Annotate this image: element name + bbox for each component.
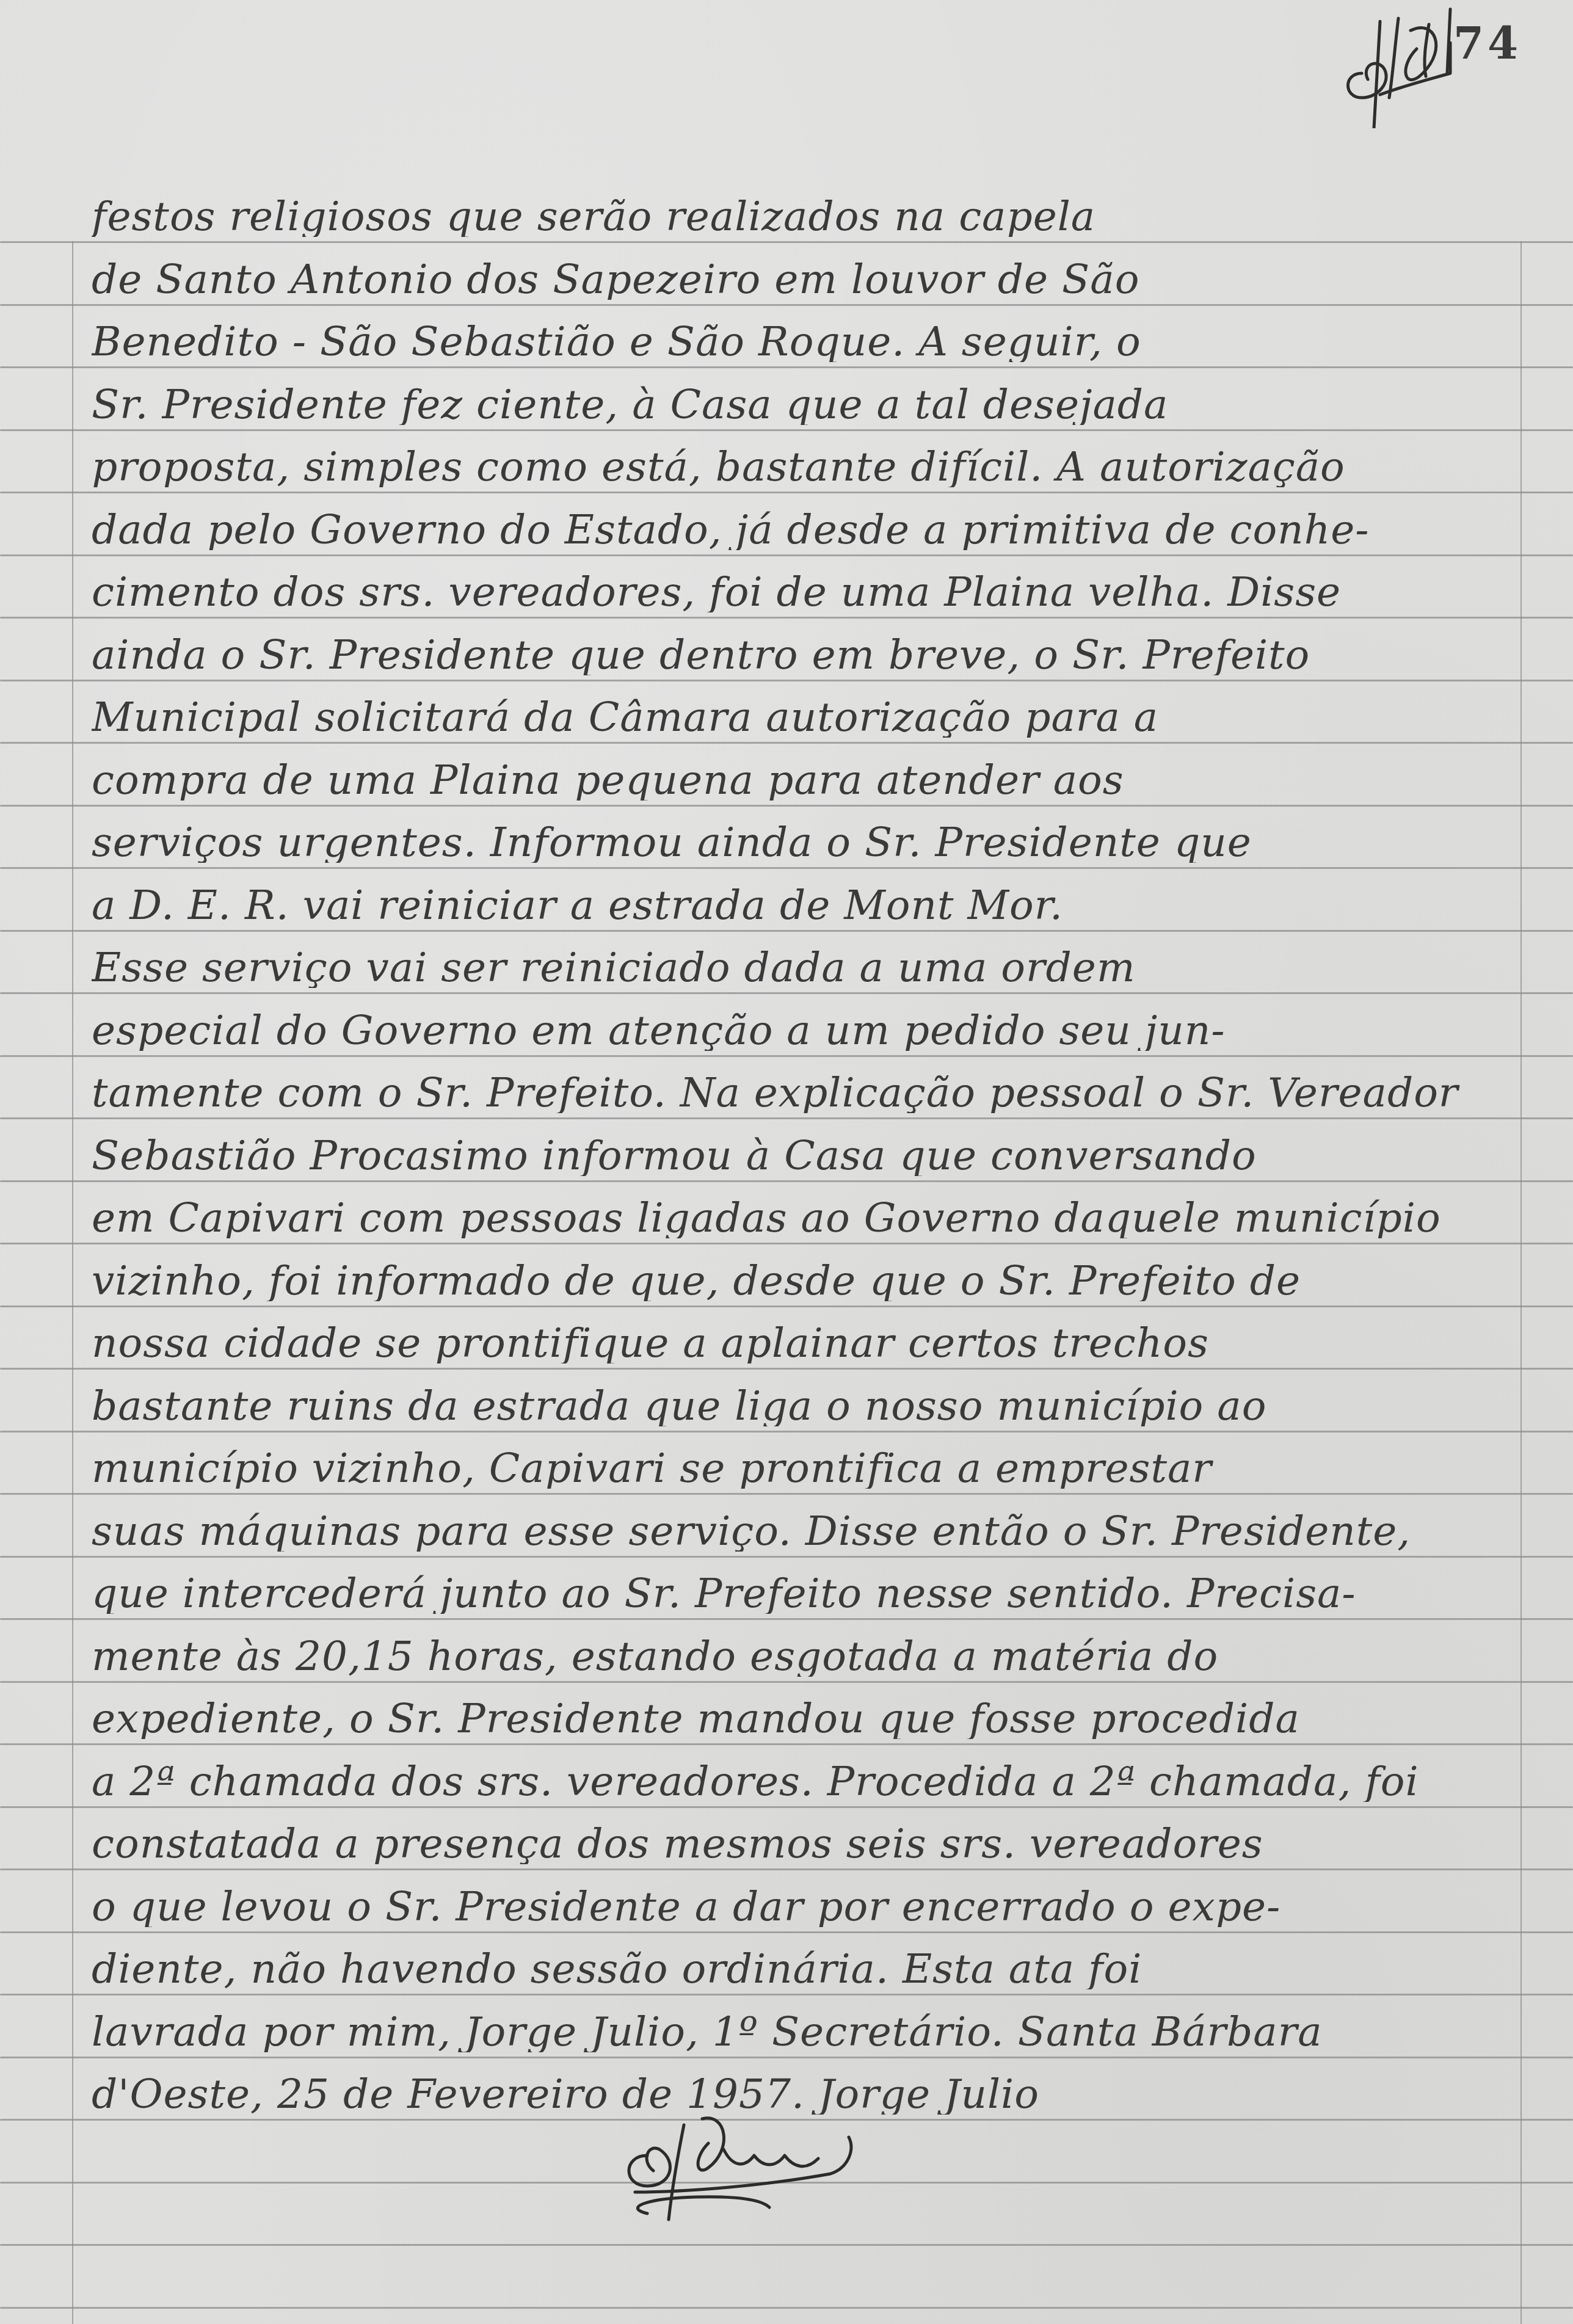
handwritten-line: o que levou o Sr. Presidente a dar por e… — [92, 1887, 1514, 1927]
handwritten-line: serviços urgentes. Informou ainda o Sr. … — [92, 822, 1514, 863]
ruled-line — [0, 805, 1573, 807]
ruled-line — [0, 1180, 1573, 1182]
handwritten-line: Municipal solicitará da Câmara autorizaç… — [92, 697, 1514, 738]
ruled-line — [0, 2057, 1573, 2058]
right-margin-line — [1520, 241, 1522, 2324]
ruled-line — [0, 617, 1573, 619]
ruled-line — [0, 1117, 1573, 1119]
ruled-line — [0, 680, 1573, 681]
handwritten-line: a 2ª chamada dos srs. vereadores. Proced… — [92, 1762, 1514, 1802]
handwritten-line: especial do Governo em atenção a um pedi… — [92, 1011, 1514, 1051]
handwritten-line: proposta, simples como está, bastante di… — [92, 447, 1514, 487]
ruled-line — [0, 1681, 1573, 1683]
ruled-line — [0, 1806, 1573, 1808]
ruled-line — [0, 366, 1573, 368]
ruled-line — [0, 1994, 1573, 1995]
ruled-line — [0, 241, 1573, 243]
ruled-line — [0, 930, 1573, 932]
ruled-line — [0, 554, 1573, 556]
handwritten-line: dada pelo Governo do Estado, já desde a … — [92, 510, 1514, 550]
handwritten-line: lavrada por mim, Jorge Julio, 1º Secretá… — [92, 2012, 1514, 2052]
ruled-line — [0, 1055, 1573, 1057]
handwritten-line: município vizinho, Capivari se prontific… — [92, 1448, 1514, 1489]
ruled-line — [0, 992, 1573, 994]
ruled-line — [0, 1868, 1573, 1870]
ruled-line — [0, 1243, 1573, 1244]
handwritten-line: Esse serviço vai ser reiniciado dada a u… — [92, 948, 1514, 988]
handwritten-line: em Capivari com pessoas ligadas ao Gover… — [92, 1198, 1514, 1238]
ruled-line — [0, 1493, 1573, 1495]
handwritten-line: que intercederá junto ao Sr. Prefeito ne… — [92, 1574, 1514, 1614]
ruled-line — [0, 492, 1573, 493]
ruled-line — [0, 1305, 1573, 1307]
handwritten-line: mente às 20,15 horas, estando esgotada a… — [92, 1636, 1514, 1677]
handwritten-line: nossa cidade se prontifique a aplainar c… — [92, 1323, 1514, 1364]
handwritten-line: vizinho, foi informado de que, desde que… — [92, 1261, 1514, 1301]
ruled-line — [0, 429, 1573, 431]
handwritten-line: constatada a presença dos mesmos seis sr… — [92, 1824, 1514, 1864]
ruled-line — [0, 304, 1573, 306]
document-page: 74 festos religiosos que serão realizado… — [0, 0, 1573, 2324]
ruled-line — [0, 867, 1573, 869]
handwritten-line: Benedito - São Sebastião e São Roque. A … — [92, 322, 1514, 362]
ruled-line — [0, 1618, 1573, 1620]
handwritten-line: cimento dos srs. vereadores, foi de uma … — [92, 572, 1514, 612]
handwritten-line: suas máquinas para esse serviço. Disse e… — [92, 1511, 1514, 1552]
handwritten-line: de Santo Antonio dos Sapezeiro em louvor… — [92, 260, 1514, 300]
handwritten-line: Sr. Presidente fez ciente, à Casa que a … — [92, 385, 1514, 425]
handwritten-line: Sebastião Procasimo informou à Casa que … — [92, 1136, 1514, 1176]
handwritten-line: compra de uma Plaina pequena para atende… — [92, 760, 1514, 801]
handwritten-line: expediente, o Sr. Presidente mandou que … — [92, 1699, 1514, 1739]
ruled-line — [0, 742, 1573, 744]
handwritten-line: a D. E. R. vai reiniciar a estrada de Mo… — [92, 885, 1514, 926]
stamp-signature-icon — [1337, 6, 1453, 128]
ruled-line — [0, 2244, 1573, 2246]
ruled-line — [0, 1743, 1573, 1745]
ruled-line — [0, 1931, 1573, 1933]
signature-icon — [611, 2101, 867, 2223]
page-number: 74 — [1453, 17, 1522, 69]
handwritten-line: diente, não havendo sessão ordinária. Es… — [92, 1949, 1514, 1989]
ruled-line — [0, 2307, 1573, 2309]
handwritten-line: ainda o Sr. Presidente que dentro em bre… — [92, 635, 1514, 675]
left-margin-line — [72, 241, 73, 2324]
handwritten-line: festos religiosos que serão realizados n… — [92, 197, 1514, 237]
ruled-line — [0, 1556, 1573, 1558]
ruled-line — [0, 1431, 1573, 1433]
handwritten-line: tamente com o Sr. Prefeito. Na explicaçã… — [92, 1073, 1514, 1113]
ruled-line — [0, 1368, 1573, 1370]
handwritten-line: bastante ruins da estrada que liga o nos… — [92, 1386, 1514, 1426]
